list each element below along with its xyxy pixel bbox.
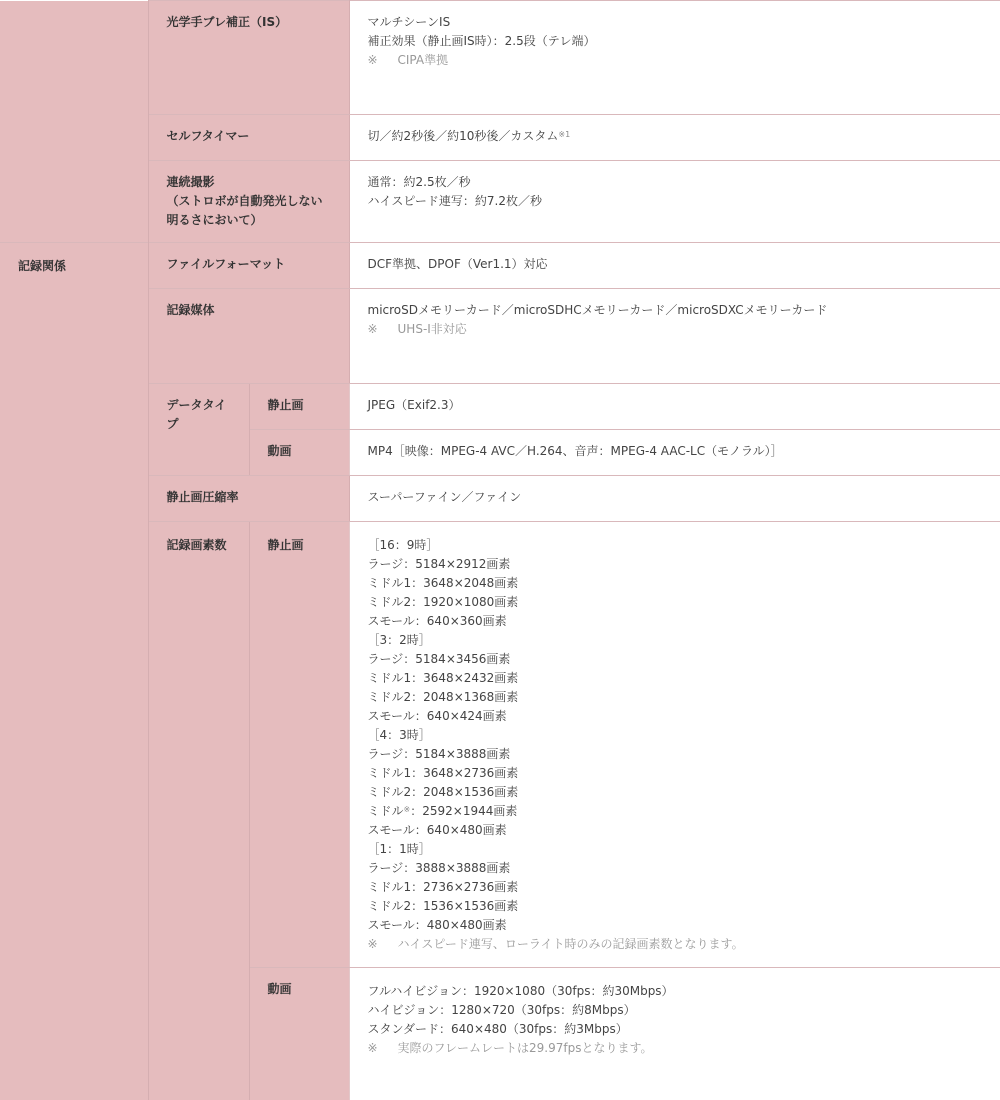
value-prefix: ミドル: [368, 804, 404, 818]
note-text: 実際のフレームレートは29.97fpsとなります。: [398, 1041, 653, 1055]
note-text: CIPA準拠: [398, 53, 449, 67]
footnote-ref: ※1: [558, 130, 570, 139]
value-line: ミドル1：3648×2048画素: [368, 574, 983, 593]
value-text: 切／約2秒後／約10秒後／カスタム: [368, 129, 559, 143]
item-label-line: （ストロボが自動発光しない: [167, 192, 331, 211]
spec-row-file-format: 記録関係 ファイルフォーマット DCF準拠、DPOF（Ver1.1）対応: [0, 243, 1000, 289]
spec-row-recording-media: 記録媒体 microSDメモリーカード／microSDHCメモリーカード／mic…: [0, 289, 1000, 384]
spec-row-data-type-still: データタイプ 静止画 JPEG（Exif2.3）: [0, 384, 1000, 430]
value-continuous-shooting: 通常：約2.5枚／秒 ハイスピード連写：約7.2枚／秒: [349, 161, 1000, 243]
item-label-line: 明るさにおいて）: [167, 211, 331, 230]
note-mark: ※: [368, 935, 398, 954]
value-line: ラージ：3888×3888画素: [368, 859, 983, 878]
value-line-middle-special: ミドル※：2592×1944画素: [368, 802, 983, 821]
value-line: ハイビジョン：1280×720（30fps：約8Mbps）: [368, 1001, 983, 1020]
value-file-format: DCF準拠、DPOF（Ver1.1）対応: [349, 243, 1000, 289]
value-line: スタンダード：640×480（30fps：約3Mbps）: [368, 1020, 983, 1039]
item-label-recording-media: 記録媒体: [148, 289, 349, 384]
value-line: マルチシーンIS: [368, 13, 983, 32]
item-label-file-format: ファイルフォーマット: [148, 243, 349, 289]
value-compression: スーパーファイン／ファイン: [349, 476, 1000, 522]
value-data-type-still: JPEG（Exif2.3）: [349, 384, 1000, 430]
value-line: ラージ：5184×3888画素: [368, 745, 983, 764]
value-line: ミドル1：3648×2736画素: [368, 764, 983, 783]
category-cell-continued: [0, 1, 148, 243]
value-line: フルハイビジョン：1920×1080（30fps：約30Mbps）: [368, 982, 983, 1001]
spec-table: 光学手ブレ補正（IS） マルチシーンIS 補正効果（静止画IS時）：2.5段（テ…: [0, 0, 1000, 1100]
value-line: microSDメモリーカード／microSDHCメモリーカード／microSDX…: [368, 301, 983, 320]
value-line: ［3：2時］: [368, 631, 983, 650]
value-line: ラージ：5184×3456画素: [368, 650, 983, 669]
sub-label-still: 静止画: [249, 384, 349, 430]
value-pixels-still: ［16：9時］ ラージ：5184×2912画素 ミドル1：3648×2048画素…: [349, 522, 1000, 968]
spec-row-self-timer: セルフタイマー 切／約2秒後／約10秒後／カスタム※1: [0, 115, 1000, 161]
value-line: ［1：1時］: [368, 840, 983, 859]
value-line: ［16：9時］: [368, 536, 983, 555]
value-image-stabilizer: マルチシーンIS 補正効果（静止画IS時）：2.5段（テレ端） ※CIPA準拠: [349, 1, 1000, 115]
spec-row-image-stabilizer: 光学手ブレ補正（IS） マルチシーンIS 補正効果（静止画IS時）：2.5段（テ…: [0, 1, 1000, 115]
note: ※CIPA準拠: [368, 51, 983, 70]
value-line: ミドル1：3648×2432画素: [368, 669, 983, 688]
value-line: スモール：480×480画素: [368, 916, 983, 935]
value-line: スモール：640×424画素: [368, 707, 983, 726]
note: ※UHS-I非対応: [368, 320, 983, 339]
sub-label-movie: 動画: [249, 430, 349, 476]
value-line: ミドル2：2048×1368画素: [368, 688, 983, 707]
note-mark: ※: [368, 320, 398, 339]
value-line: ［4：3時］: [368, 726, 983, 745]
value-suffix: ：2592×1944画素: [410, 804, 517, 818]
category-label-recording: 記録関係: [0, 243, 148, 1100]
item-label-continuous-shooting: 連続撮影 （ストロボが自動発光しない 明るさにおいて）: [148, 161, 349, 243]
note-text: UHS-I非対応: [398, 322, 467, 336]
note-mark: ※: [368, 1039, 398, 1058]
value-line: ミドル2：2048×1536画素: [368, 783, 983, 802]
value-line: 通常：約2.5枚／秒: [368, 173, 983, 192]
note-text: ハイスピード連写、ローライト時のみの記録画素数となります。: [398, 937, 744, 951]
sub-label-pixels-still: 静止画: [249, 522, 349, 968]
spec-row-continuous-shooting: 連続撮影 （ストロボが自動発光しない 明るさにおいて） 通常：約2.5枚／秒 ハ…: [0, 161, 1000, 243]
item-label-image-stabilizer: 光学手ブレ補正（IS）: [148, 1, 349, 115]
value-line: ラージ：5184×2912画素: [368, 555, 983, 574]
item-label-line: 連続撮影: [167, 173, 331, 192]
note: ※ハイスピード連写、ローライト時のみの記録画素数となります。: [368, 935, 983, 954]
item-label-data-type: データタイプ: [148, 384, 249, 476]
item-label-compression: 静止画圧縮率: [148, 476, 349, 522]
note-mark: ※: [368, 51, 398, 70]
value-line: スモール：640×360画素: [368, 612, 983, 631]
spec-row-compression: 静止画圧縮率 スーパーファイン／ファイン: [0, 476, 1000, 522]
value-data-type-movie: MP4［映像：MPEG-4 AVC／H.264、音声：MPEG-4 AAC-LC…: [349, 430, 1000, 476]
value-line: 補正効果（静止画IS時）：2.5段（テレ端）: [368, 32, 983, 51]
value-line: ミドル1：2736×2736画素: [368, 878, 983, 897]
item-label-self-timer: セルフタイマー: [148, 115, 349, 161]
value-line: ミドル2：1920×1080画素: [368, 593, 983, 612]
note: ※実際のフレームレートは29.97fpsとなります。: [368, 1039, 983, 1058]
value-pixels-movie: フルハイビジョン：1920×1080（30fps：約30Mbps） ハイビジョン…: [349, 968, 1000, 1100]
value-self-timer: 切／約2秒後／約10秒後／カスタム※1: [349, 115, 1000, 161]
sub-label-pixels-movie: 動画: [249, 968, 349, 1100]
value-line: スモール：640×480画素: [368, 821, 983, 840]
footnote-mark: ※: [404, 805, 411, 814]
value-recording-media: microSDメモリーカード／microSDHCメモリーカード／microSDX…: [349, 289, 1000, 384]
item-label-recording-pixels: 記録画素数: [148, 522, 249, 1100]
value-line: ミドル2：1536×1536画素: [368, 897, 983, 916]
spec-row-pixels-still: 記録画素数 静止画 ［16：9時］ ラージ：5184×2912画素 ミドル1：3…: [0, 522, 1000, 968]
value-line: ハイスピード連写：約7.2枚／秒: [368, 192, 983, 211]
